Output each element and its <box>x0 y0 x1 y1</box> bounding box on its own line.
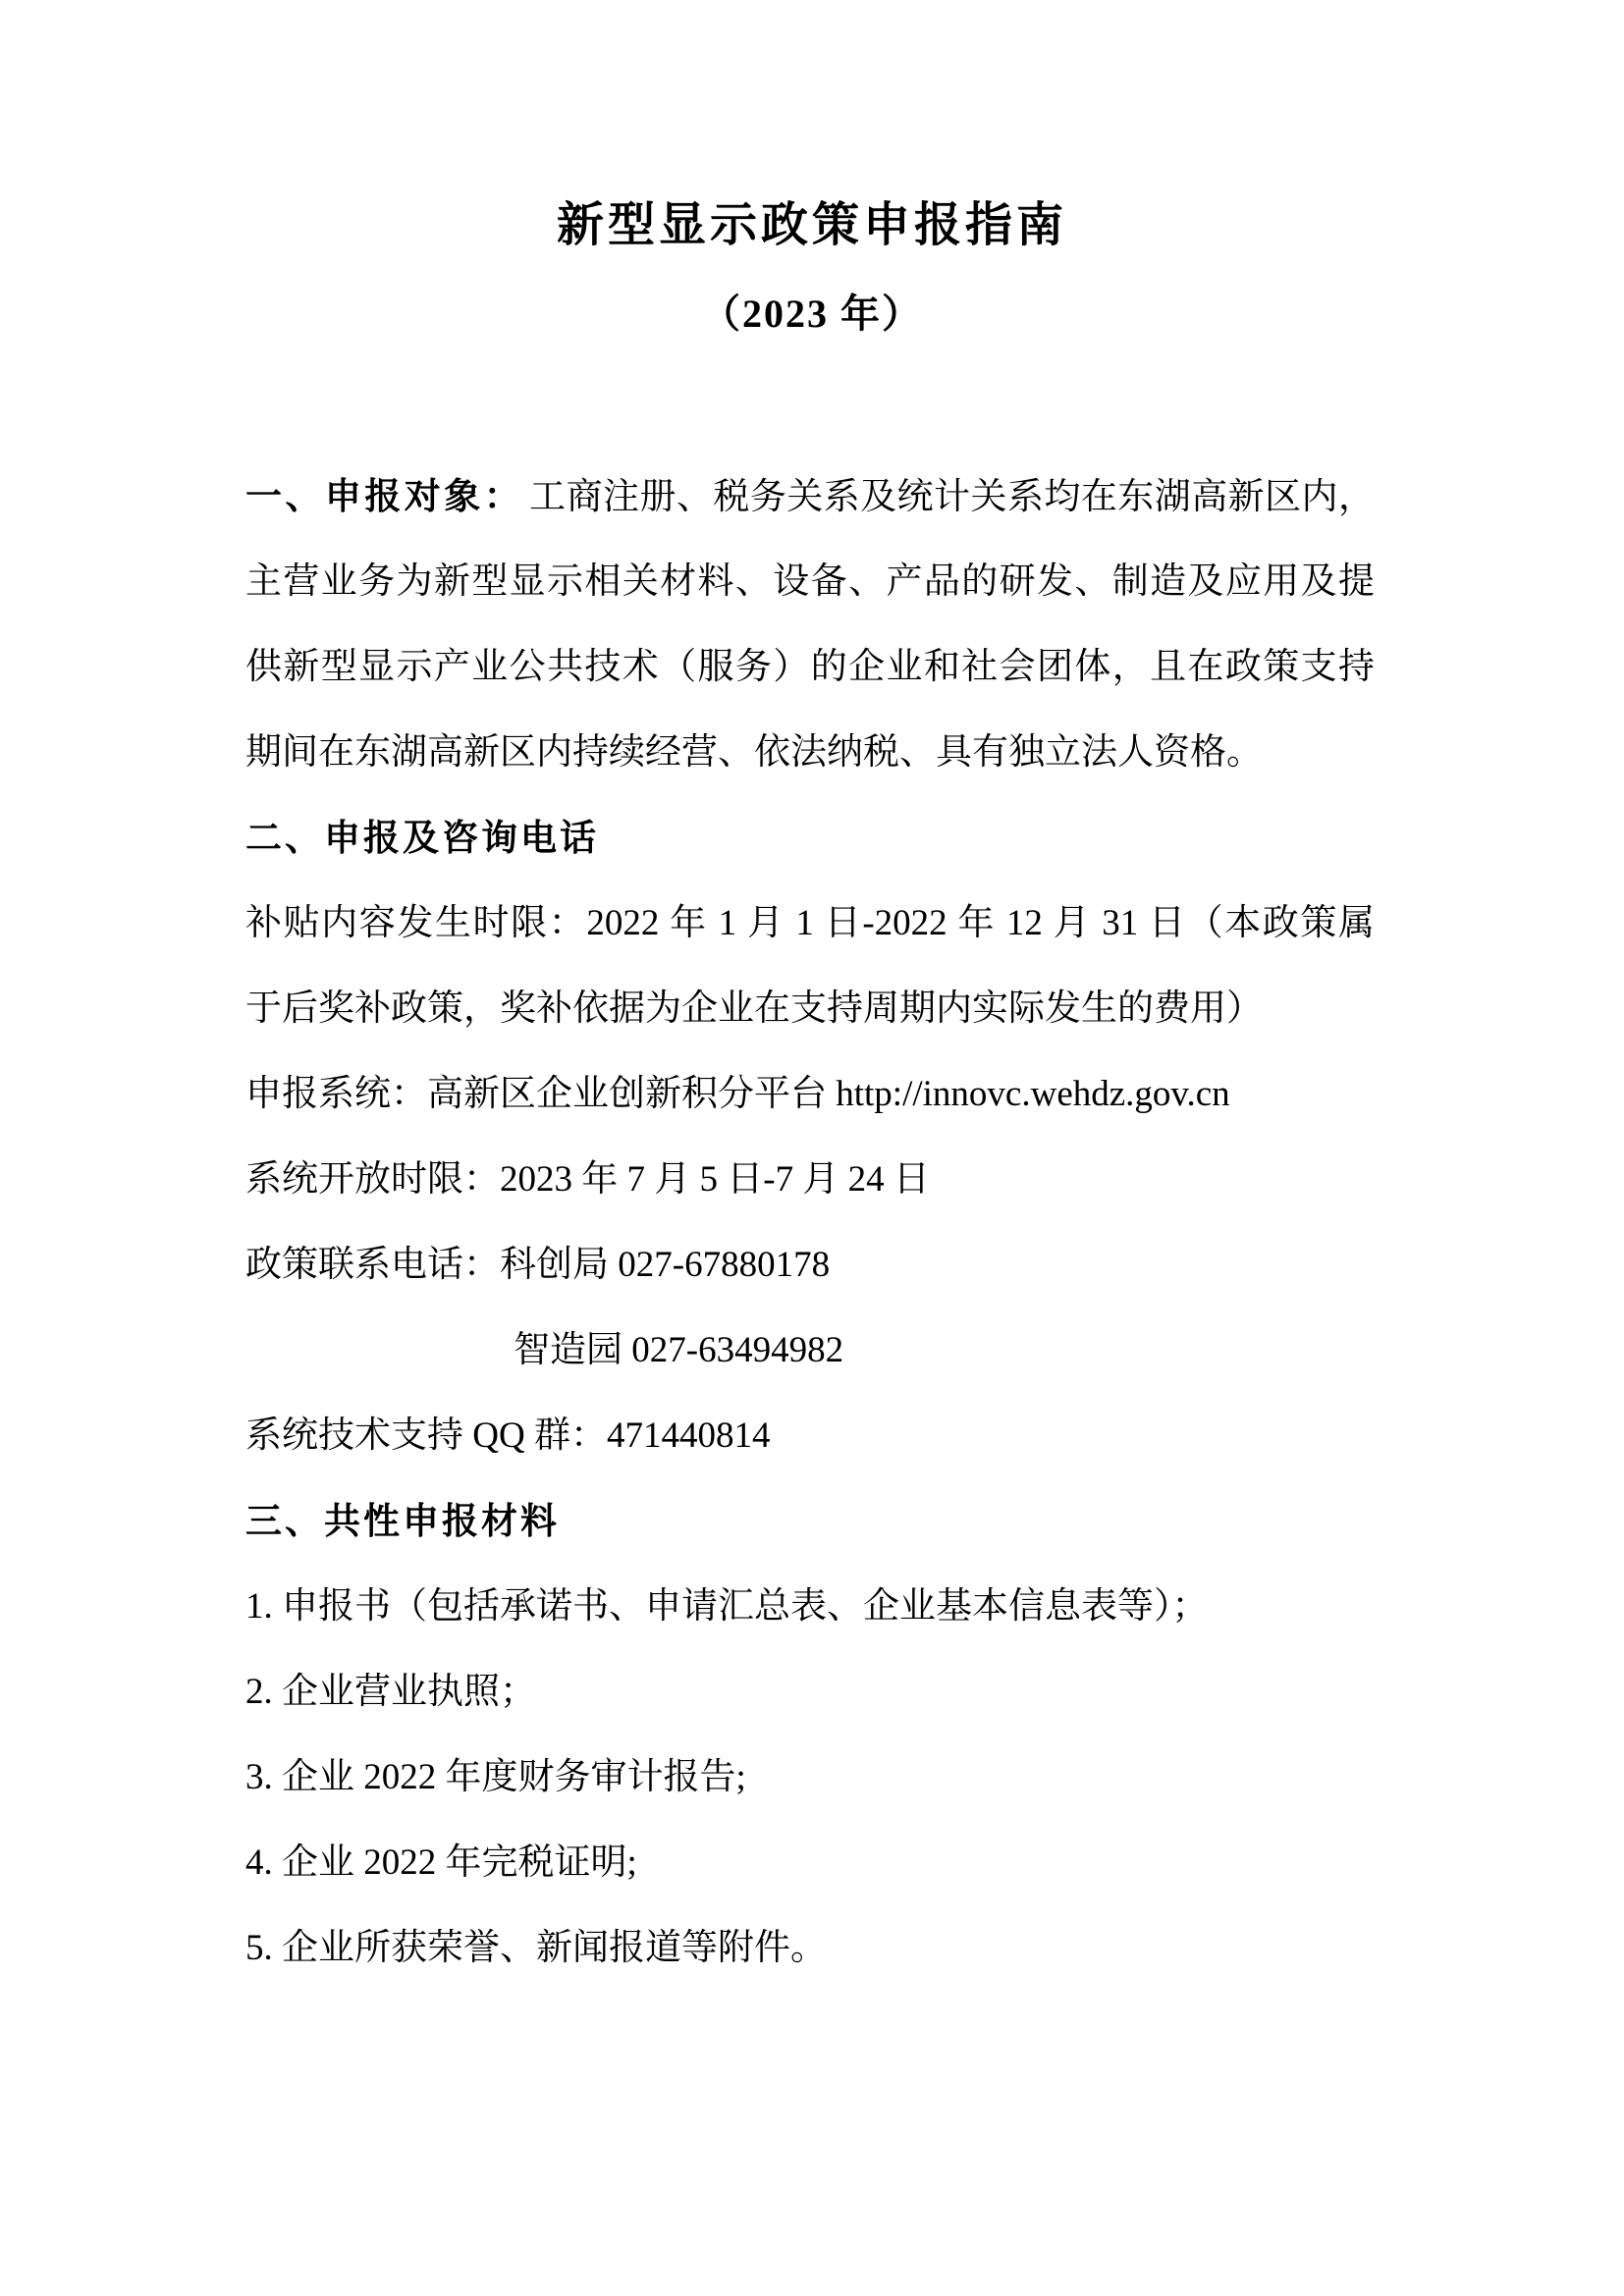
document-page: 新型显示政策申报指南 （2023 年） 一、申报对象：工商注册、税务关系及统计关… <box>0 0 1624 2296</box>
section3-heading: 三、共性申报材料 <box>245 1478 1375 1564</box>
section3-item4: 4. 企业 2022 年完税证明; <box>245 1820 1375 1905</box>
section1-line2: 主营业务为新型显示相关材料、设备、产品的研发、制造及应用及提 <box>245 539 1375 624</box>
section1-line3: 供新型显示产业公共技术（服务）的企业和社会团体，且在政策支持 <box>245 624 1375 710</box>
document-subtitle: （2023 年） <box>0 287 1624 342</box>
document-title: 新型显示政策申报指南 <box>0 196 1624 255</box>
section2-application-system-line: 申报系统：高新区企业创新积分平台 http://innovc.wehdz.gov… <box>245 1051 1375 1137</box>
document-body: 一、申报对象：工商注册、税务关系及统计关系均在东湖高新区内， 主营业务为新型显示… <box>0 454 1624 1991</box>
section3-item2: 2. 企业营业执照； <box>245 1649 1375 1735</box>
section2-subsidy-period-line: 补贴内容发生时限：2022 年 1 月 1 日-2022 年 12 月 31 日… <box>245 881 1375 966</box>
section2-qq-group-line: 系统技术支持 QQ 群：471440814 <box>245 1393 1375 1478</box>
section1-line4: 期间在东湖高新区内持续经营、依法纳税、具有独立法人资格。 <box>245 710 1375 795</box>
section3-item1: 1. 申报书（包括承诺书、申请汇总表、企业基本信息表等）； <box>245 1564 1375 1649</box>
section1-line1-text: 工商注册、税务关系及统计关系均在东湖高新区内， <box>529 477 1375 517</box>
section1-line1: 一、申报对象：工商注册、税务关系及统计关系均在东湖高新区内， <box>245 454 1375 539</box>
section2-open-period-line: 系统开放时限：2023 年 7 月 5 日-7 月 24 日 <box>245 1137 1375 1222</box>
section1-heading: 一、申报对象： <box>245 476 523 516</box>
section2-heading: 二、申报及咨询电话 <box>245 795 1375 881</box>
section2-subsidy-period-line2: 于后奖补政策，奖补依据为企业在支持周期内实际发生的费用） <box>245 966 1375 1051</box>
section3-item5: 5. 企业所获荣誉、新闻报道等附件。 <box>245 1905 1375 1991</box>
section3-item3: 3. 企业 2022 年度财务审计报告; <box>245 1735 1375 1820</box>
section2-policy-phone-line: 政策联系电话：科创局 027-67880178 <box>245 1222 1375 1308</box>
section2-park-phone-line: 智造园 027-63494982 <box>245 1308 1375 1393</box>
